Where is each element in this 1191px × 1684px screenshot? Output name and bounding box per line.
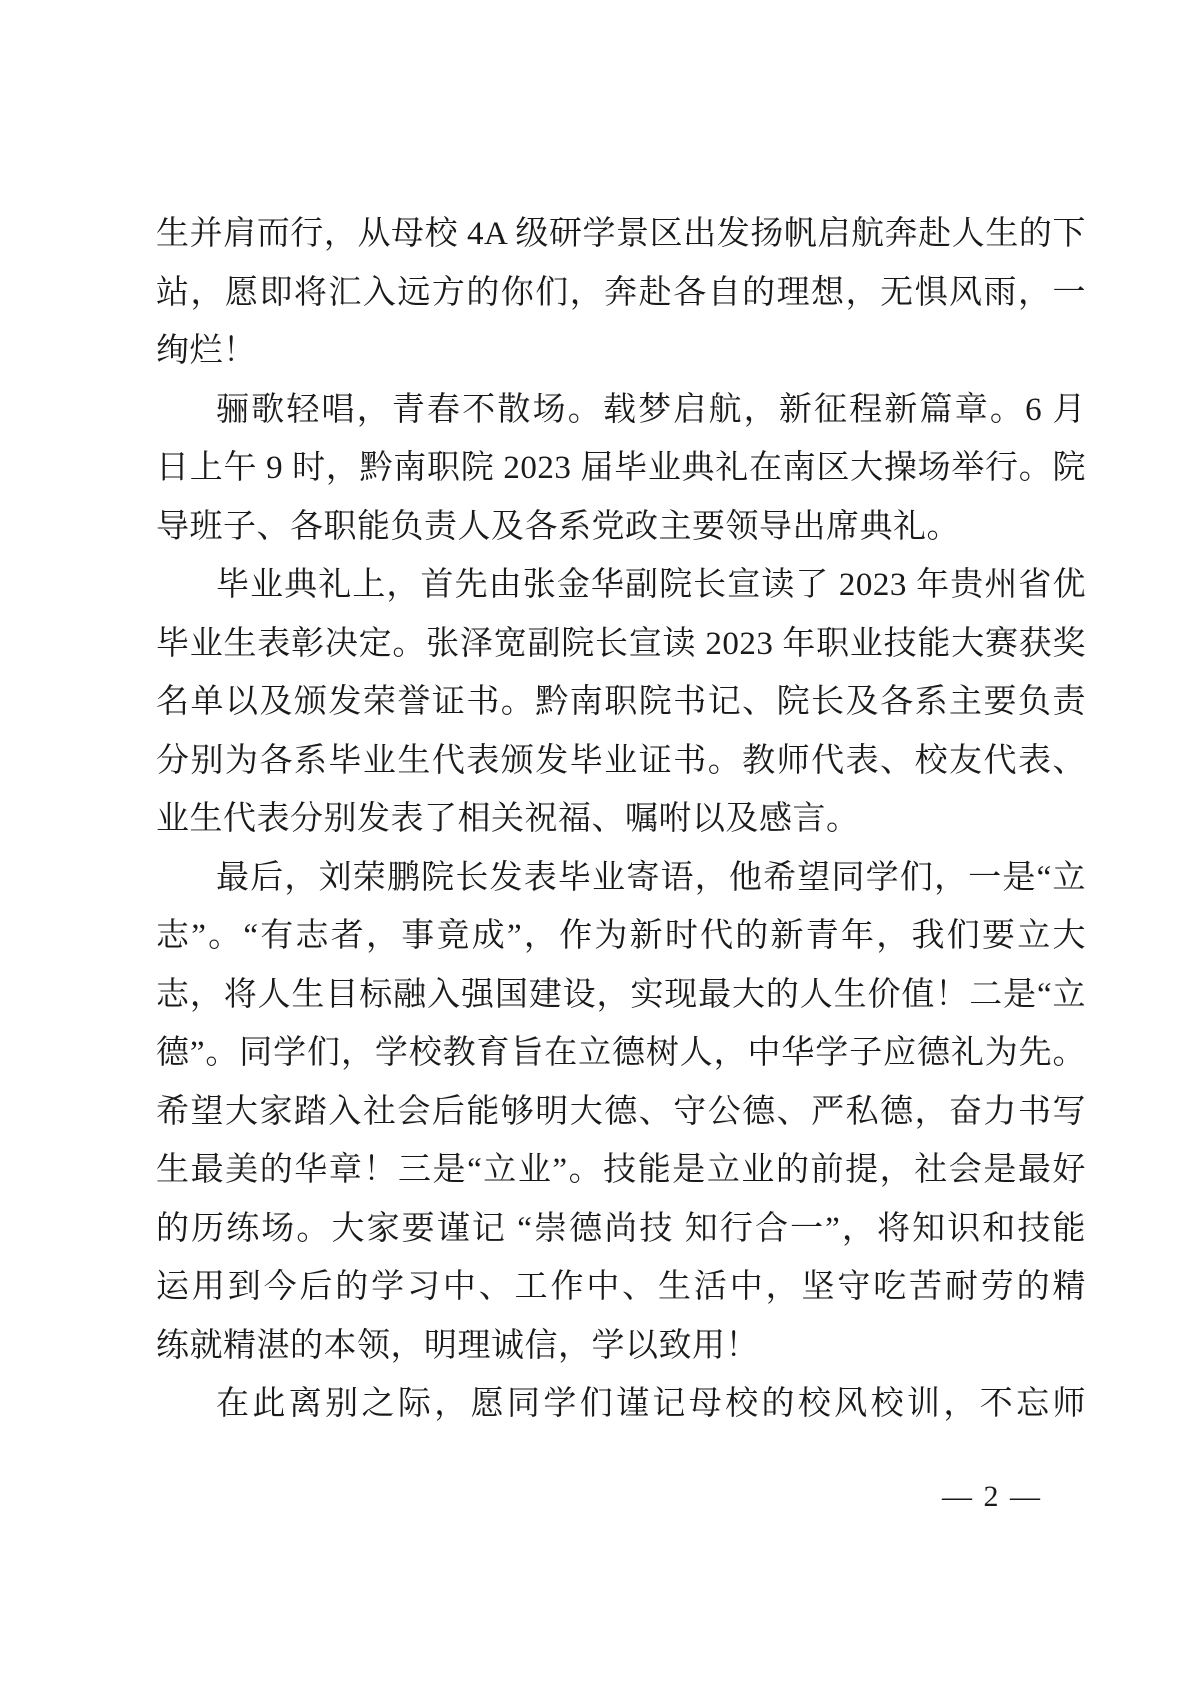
- text-line: 毕业典礼上，首先由张金华副院长宣读了 2023 年贵州省优秀: [156, 556, 1086, 615]
- page-number: — 2 —: [942, 1480, 1042, 1514]
- text-line: 毕业生表彰决定。张泽宽副院长宣读 2023 年职业技能大赛获奖: [156, 615, 1086, 674]
- text-line: 业生代表分别发表了相关祝福、嘱咐以及感言。: [156, 790, 1086, 849]
- text-line: 日上午 9 时，黔南职院 2023 届毕业典礼在南区大操场举行。院领: [156, 439, 1086, 498]
- text-line: 志，将人生目标融入强国建设，实现最大的人生价值！二是“立: [156, 966, 1086, 1025]
- document-body: 生并肩而行，从母校 4A 级研学景区出发扬帆启航奔赴人生的下一站，愿即将汇入远方…: [156, 205, 1086, 1434]
- text-line: 分别为各系毕业生代表颁发毕业证书。教师代表、校友代表、毕: [156, 732, 1086, 791]
- text-line: 在此离别之际，愿同学们谨记母校的校风校训，不忘师恩，: [156, 1375, 1086, 1434]
- text-line: 的历练场。大家要谨记 “崇德尚技 知行合一”，将知识和技能: [156, 1200, 1086, 1259]
- text-line: 志”。“有志者，事竟成”，作为新时代的新青年，我们要立大: [156, 907, 1086, 966]
- document-page: 生并肩而行，从母校 4A 级研学景区出发扬帆启航奔赴人生的下一站，愿即将汇入远方…: [0, 0, 1191, 1684]
- text-line: 生并肩而行，从母校 4A 级研学景区出发扬帆启航奔赴人生的下一: [156, 205, 1086, 264]
- text-line: 德”。同学们，学校教育旨在立德树人，中华学子应德礼为先。: [156, 1024, 1086, 1083]
- text-line: 骊歌轻唱，青春不散场。载梦启航，新征程新篇章。6 月 26: [156, 381, 1086, 440]
- text-line: 最后，刘荣鹏院长发表毕业寄语，他希望同学们，一是“立: [156, 849, 1086, 908]
- text-line: 导班子、各职能负责人及各系党政主要领导出席典礼。: [156, 498, 1086, 557]
- text-line: 练就精湛的本领，明理诚信，学以致用！: [156, 1317, 1086, 1376]
- text-line: 生最美的华章！三是“立业”。技能是立业的前提，社会是最好: [156, 1141, 1086, 1200]
- text-line: 希望大家踏入社会后能够明大德、守公德、严私德，奋力书写人: [156, 1083, 1086, 1142]
- text-line: 运用到今后的学习中、工作中、生活中，坚守吃苦耐劳的精神，: [156, 1258, 1086, 1317]
- text-line: 名单以及颁发荣誉证书。黔南职院书记、院长及各系主要负责人: [156, 673, 1086, 732]
- text-line: 站，愿即将汇入远方的你们，奔赴各自的理想，无惧风雨，一路: [156, 264, 1086, 323]
- text-line: 绚烂！: [156, 322, 1086, 381]
